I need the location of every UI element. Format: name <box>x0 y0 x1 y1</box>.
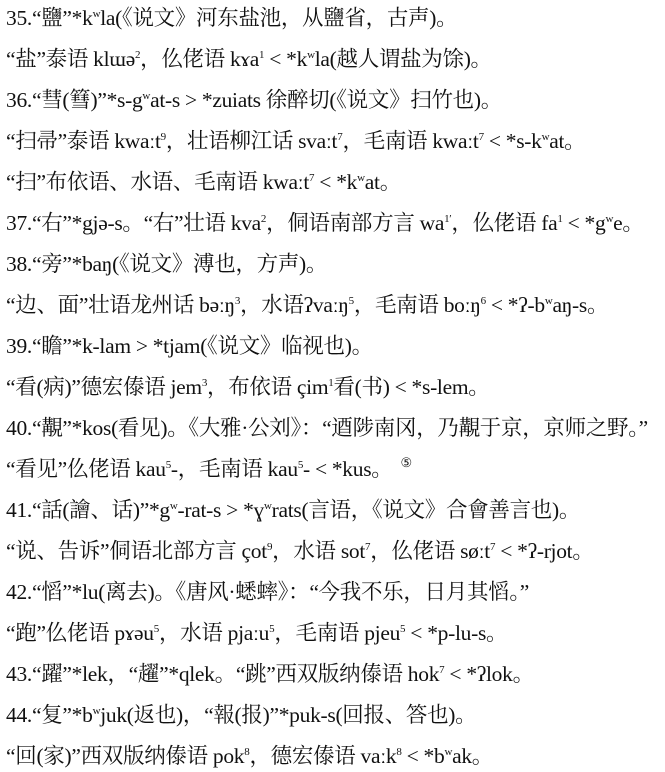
text-line-44b: “回(家)”西双版纳傣语 pok8，德宏傣语 vaːk8 < *bwak。 <box>6 738 665 772</box>
text-line-38b: “边、面”壮语龙州话 bəːŋ3，水语ʔvaːŋ5，毛南语 boːŋ6 < *ʔ… <box>6 287 665 328</box>
text-segment: “边、面”壮语龙州话 bəːŋ <box>6 293 235 317</box>
text-segment: -rat-s > *ɣ <box>178 498 264 522</box>
text-segment: at-s > *zuiats 徐醉切(《说文》扫竹也)。 <box>150 88 502 112</box>
text-segment: “扫帚”泰语 kwaːt <box>6 129 161 153</box>
text-segment: la(《说文》河东盐池，从鹽省，古声)。 <box>100 6 457 30</box>
text-line-40a: 40.“覯”*kos(看见)。《大雅·公刘》：“逎陟南冈，乃覯于京，京师之野。” <box>6 410 665 451</box>
text-segment: < *k <box>314 170 357 194</box>
text-segment: < *g <box>563 211 606 235</box>
superscript: w <box>444 746 452 758</box>
text-line-35b: “盐”泰语 klɯə2，仫佬语 kɤa1 < *kwla(越人谓盐为馀)。 <box>6 41 665 82</box>
text-segment: rats(言语，《说文》合會善言也)。 <box>272 498 580 522</box>
text-segment: ，仫佬语 søːt <box>370 539 490 563</box>
text-segment: ，壮语柳江话 svaːt <box>166 129 337 153</box>
superscript: w <box>170 500 178 512</box>
text-segment: “跑”仫佬语 pɤəu <box>6 621 154 645</box>
text-line-41b: “说、告诉”侗语北部方言 çot9，水语 sot7，仫佬语 søːt7 < *ʔ… <box>6 533 665 574</box>
text-segment: 43.“躍”*lek，“趯”*qlek。“跳”西双版纳傣语 hok <box>6 662 439 686</box>
text-line-37a: 37.“右”*gjə-s。“右”壮语 kva2，侗语南部方言 wa1′，仫佬语 … <box>6 205 665 246</box>
text-segment: < *b <box>402 744 445 768</box>
text-line-41a: 41.“話(譮、话)”*gw-rat-s > *ɣwrats(言语，《说文》合會… <box>6 492 665 533</box>
text-line-36a: 36.“彗(篲)”*s-gwat-s > *zuiats 徐醉切(《说文》扫竹也… <box>6 82 665 123</box>
text-segment: ，毛南语 kwaːt <box>342 129 478 153</box>
text-segment: 39.“瞻”*k-lam > *tjam(《说文》临视也)。 <box>6 334 373 358</box>
superscript: w <box>307 49 315 61</box>
text-segment: la(越人谓盐为馀)。 <box>315 47 492 71</box>
superscript: w <box>264 500 272 512</box>
text-segment: ，毛南语 boːŋ <box>354 293 481 317</box>
text-segment: “盐”泰语 klɯə <box>6 47 135 71</box>
text-segment: < *p-lu-s。 <box>405 621 507 645</box>
text-segment: < *s-k <box>484 129 542 153</box>
text-segment: ，毛南语 pjeu <box>274 621 400 645</box>
text-line-36b: “扫帚”泰语 kwaːt9，壮语柳江话 svaːt7，毛南语 kwaːt7 < … <box>6 123 665 164</box>
text-segment: < *ʔ-rjot。 <box>495 539 593 563</box>
text-segment: ，德宏傣语 vaːk <box>249 744 396 768</box>
superscript: w <box>605 213 613 225</box>
text-segment: “看(病)”德宏傣语 jem <box>6 375 202 399</box>
text-segment: 41.“話(譮、话)”*g <box>6 498 170 522</box>
text-segment: ，水语 pjaːu <box>159 621 269 645</box>
text-segment: 看(书) < *s-lem。 <box>333 375 489 399</box>
text-segment: ，水语 sot <box>272 539 365 563</box>
text-segment: “说、告诉”侗语北部方言 çot <box>6 539 267 563</box>
text-line-36c: “扫”布依语、水语、毛南语 kwaːt7 < *kwat。 <box>6 164 665 205</box>
text-segment: < *k <box>264 47 307 71</box>
text-segment: < *ʔ-b <box>486 293 545 317</box>
text-segment: at。 <box>365 170 401 194</box>
text-segment: e。 <box>613 211 643 235</box>
text-segment: “看见”仫佬语 kau <box>6 457 166 481</box>
text-line-42b: “跑”仫佬语 pɤəu5，水语 pjaːu5，毛南语 pjeu5 < *p-lu… <box>6 615 665 656</box>
text-segment: 42.“慆”*lu(离去)。《唐风·蟋蟀》：“今我不乐，日月其慆。” <box>6 580 529 604</box>
text-segment: < *ʔlok。 <box>444 662 533 686</box>
text-segment: ，水语ʔvaːŋ <box>240 293 349 317</box>
superscript: w <box>357 172 365 184</box>
text-segment: ，仫佬语 kɤa <box>140 47 259 71</box>
text-segment: 37.“右”*gjə-s。“右”壮语 kva <box>6 211 261 235</box>
text-segment: “回(家)”西双版纳傣语 pok <box>6 744 244 768</box>
footnote-marker: ⑤ <box>400 455 411 470</box>
text-segment: 40.“覯”*kos(看见)。《大雅·公刘》：“逎陟南冈，乃覯于京，京师之野。” <box>6 416 648 440</box>
text-line-38a: 38.“旁”*baŋ(《说文》溥也，方声)。 <box>6 246 665 287</box>
text-line-42a: 42.“慆”*lu(离去)。《唐风·蟋蟀》：“今我不乐，日月其慆。” <box>6 574 665 615</box>
text-segment: ，布依语 çim <box>207 375 328 399</box>
text-line-40b: “看见”仫佬语 kau5-，毛南语 kau5- < *kus。⑤ <box>6 451 665 492</box>
text-segment: juk(返也)，“報(报)”*puk-s(回报、答也)。 <box>100 703 476 727</box>
text-line-35a: 35.“鹽”*kwla(《说文》河东盐池，从鹽省，古声)。 <box>6 0 665 41</box>
text-line-43a: 43.“躍”*lek，“趯”*qlek。“跳”西双版纳傣语 hok7 < *ʔl… <box>6 656 665 697</box>
document-page: 35.“鹽”*kwla(《说文》河东盐池，从鹽省，古声)。“盐”泰语 klɯə2… <box>6 0 665 772</box>
text-segment: 36.“彗(篲)”*s-g <box>6 88 142 112</box>
text-segment: 35.“鹽”*k <box>6 6 93 30</box>
text-segment: -，毛南语 kau <box>171 457 298 481</box>
text-segment: ，侗语南部方言 wa <box>266 211 444 235</box>
text-line-44a: 44.“复”*bwjuk(返也)，“報(报)”*puk-s(回报、答也)。 <box>6 697 665 738</box>
text-segment: aŋ-s。 <box>552 293 608 317</box>
text-segment: “扫”布依语、水语、毛南语 kwaːt <box>6 170 309 194</box>
text-line-39b: “看(病)”德宏傣语 jem3，布依语 çim1看(书) < *s-lem。 <box>6 369 665 410</box>
text-segment: - < *kus。 <box>303 457 392 481</box>
text-segment: ak。 <box>452 744 493 768</box>
text-segment: at。 <box>549 129 585 153</box>
superscript: w <box>142 90 150 102</box>
text-segment: 44.“复”*b <box>6 703 93 727</box>
text-segment: ，仫佬语 fa <box>451 211 557 235</box>
text-line-39a: 39.“瞻”*k-lam > *tjam(《说文》临视也)。 <box>6 328 665 369</box>
text-segment: 38.“旁”*baŋ(《说文》溥也，方声)。 <box>6 252 327 276</box>
